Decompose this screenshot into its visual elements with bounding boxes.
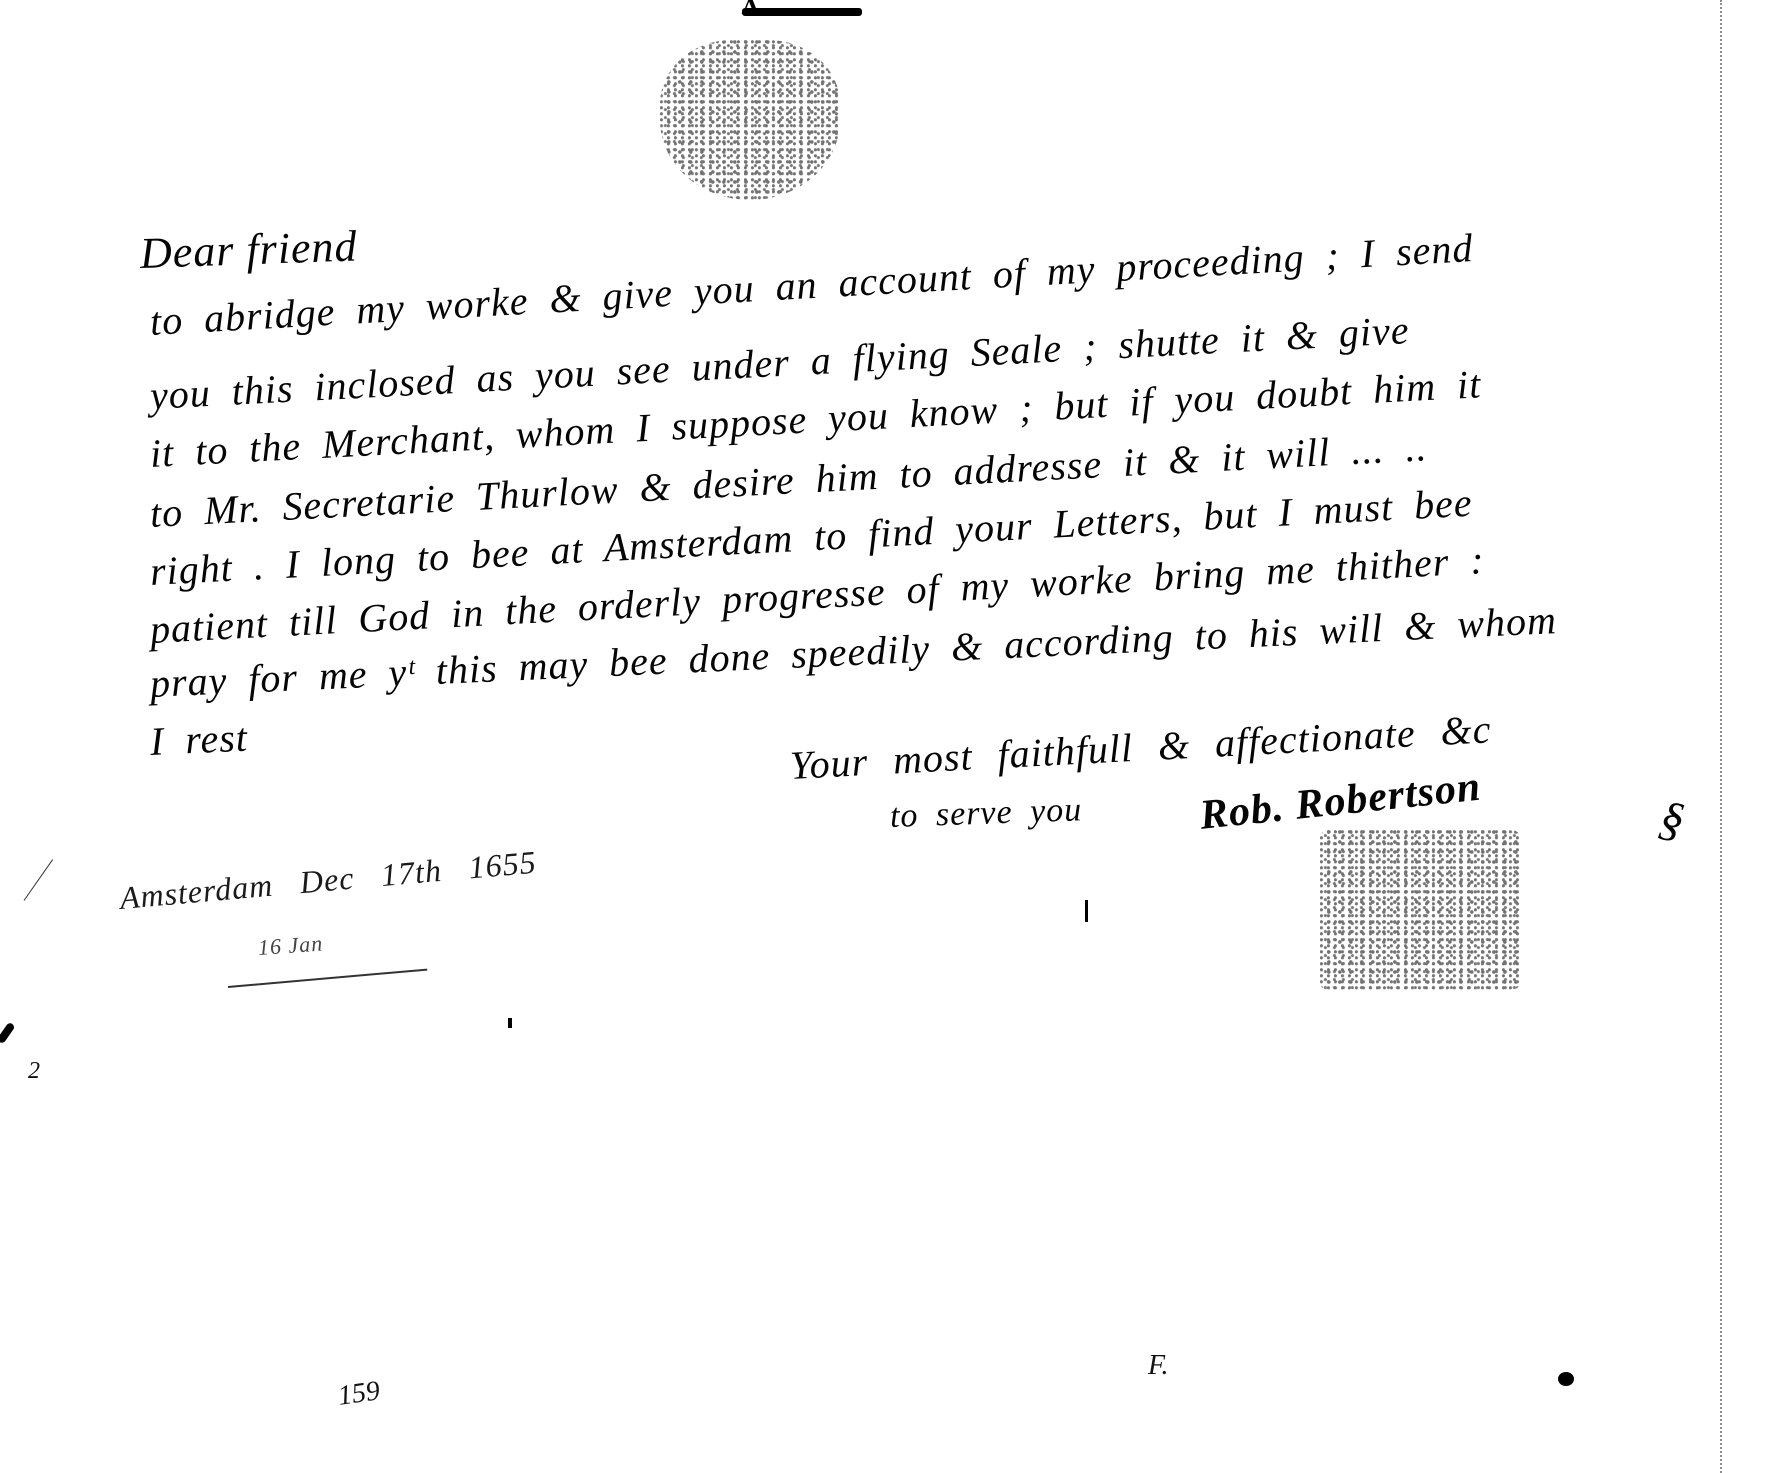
ink-stroke-left <box>0 1022 16 1045</box>
letter-page: A Dear friend to abridge my worke & give… <box>0 0 1792 1473</box>
left-margin-mark: 2 <box>28 1058 40 1085</box>
header-mark: A <box>742 0 759 20</box>
ink-dot <box>508 1018 512 1028</box>
seal-stain-signature <box>1320 830 1520 990</box>
ink-blot-bottom <box>1558 1372 1574 1386</box>
signature-flourish: § <box>1655 790 1689 849</box>
seal-stain-top <box>660 40 840 200</box>
signature: Rob. Robertson <box>1197 763 1483 840</box>
folio-number: 159 <box>336 1375 382 1413</box>
salutation: Dear friend <box>139 220 358 279</box>
closing-line-2: to serve you <box>889 791 1082 836</box>
margin-stroke <box>24 859 53 901</box>
body-line: I rest <box>149 714 249 765</box>
bottom-mark: F. <box>1148 1350 1169 1382</box>
endorsement-subline: 16 Jan <box>257 930 324 960</box>
endorsement-date: Amsterdam Dec 17th 1655 <box>118 844 538 917</box>
page-edge <box>1720 0 1722 1473</box>
ink-dot <box>1085 900 1088 922</box>
header-bar-mark <box>742 8 862 16</box>
endorsement-rule <box>228 969 427 988</box>
